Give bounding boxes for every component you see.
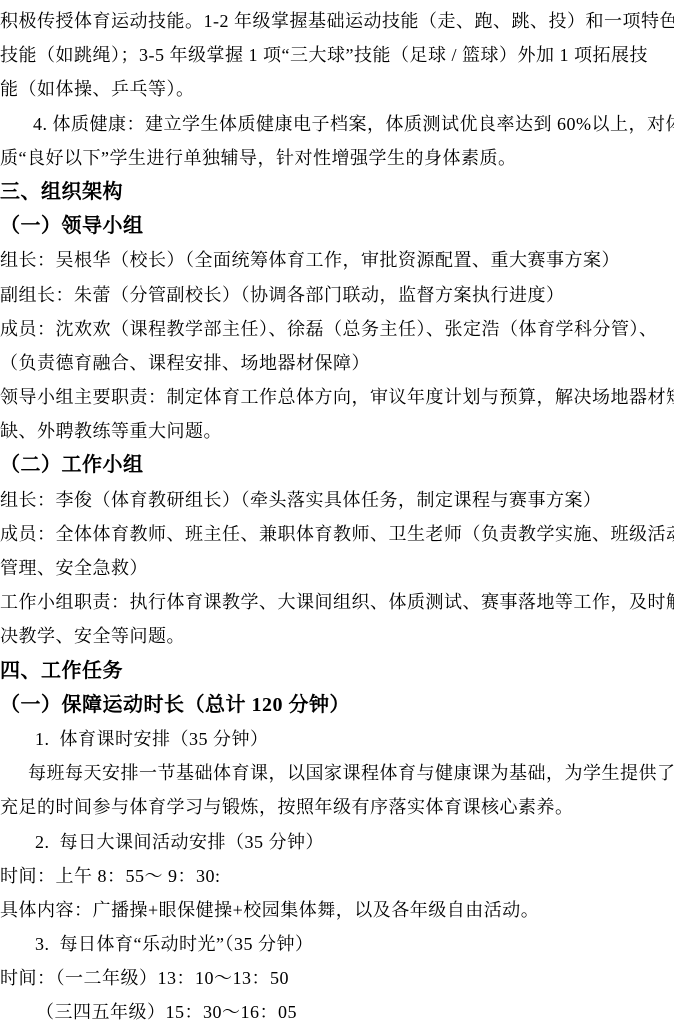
line-wg-leader: 组长：李俊（体育教研组长）（牵头落实具体任务，制定课程与赛事方案） [0,483,674,517]
line-wg-members-1: 成员：全体体育教师、班主任、兼职体育教师、卫生老师（负责教学实施、班级活动 [0,517,674,551]
line-item3-happy-time: 3. 每日体育“乐动时光”（35 分钟） [0,927,674,961]
line-leader: 组长：吴根华（校长）（全面统筹体育工作，审批资源配置、重大赛事方案） [0,243,674,277]
document-page: 积极传授体育运动技能。1-2 年级掌握基础运动技能（走、跑、跳、投）和一项特色 … [0,0,674,1031]
heading-working-group: （二）工作小组 [0,448,674,482]
para-fitness-line-2: 质“良好以下”学生进行单独辅导，针对性增强学生的身体素质。 [0,141,674,175]
line-wg-members-2: 管理、安全急救） [0,551,674,585]
line-happy-time-grade345: （三四五年级）15：30～16：05 [0,995,674,1029]
para-skills-line-3: 能（如体操、乒乓等）。 [0,72,674,106]
heading-leading-group: （一）领导小组 [0,209,674,243]
line-item2-break-activity: 2. 每日大课间活动安排（35 分钟） [0,825,674,859]
line-leading-duties-2: 缺、外聘教练等重大问题。 [0,414,674,448]
heading-section-tasks: 四、工作任务 [0,654,674,688]
para-fitness-line-1: 4. 体质健康：建立学生体质健康电子档案，体质测试优良率达到 60%以上，对体 [0,107,674,141]
para-pe-class-line-2: 充足的时间参与体育学习与锻炼，按照年级有序落实体育课核心素养。 [0,790,674,824]
heading-exercise-duration: （一）保障运动时长（总计 120 分钟） [0,688,674,722]
para-skills-line-2: 技能（如跳绳）；3-5 年级掌握 1 项“三大球”技能（足球 / 篮球）外加 1… [0,38,674,72]
line-leading-duties-1: 领导小组主要职责：制定体育工作总体方向，审议年度计划与预算，解决场地器材短 [0,380,674,414]
line-members-1: 成员：沈欢欢（课程教学部主任）、徐磊（总务主任）、张定浩（体育学科分管）、 [0,312,674,346]
line-deputy-leader: 副组长：朱蕾（分管副校长）（协调各部门联动，监督方案执行进度） [0,278,674,312]
line-members-2: （负责德育融合、课程安排、场地器材保障） [0,346,674,380]
line-item1-pe-class: 1. 体育课时安排（35 分钟） [0,722,674,756]
line-happy-time-grade12: 时间：（一二年级）13：10～13：50 [0,961,674,995]
line-wg-duties-2: 决教学、安全等问题。 [0,619,674,653]
para-skills-line-1: 积极传授体育运动技能。1-2 年级掌握基础运动技能（走、跑、跳、投）和一项特色 [0,4,674,38]
line-break-content: 具体内容：广播操+眼保健操+校园集体舞，以及各年级自由活动。 [0,893,674,927]
heading-section-organization: 三、组织架构 [0,175,674,209]
line-wg-duties-1: 工作小组职责：执行体育课教学、大课间组织、体质测试、赛事落地等工作，及时解 [0,585,674,619]
line-break-time: 时间：上午 8：55～ 9：30: [0,859,674,893]
para-pe-class-line-1: 每班每天安排一节基础体育课，以国家课程体育与健康课为基础，为学生提供了 [0,756,674,790]
